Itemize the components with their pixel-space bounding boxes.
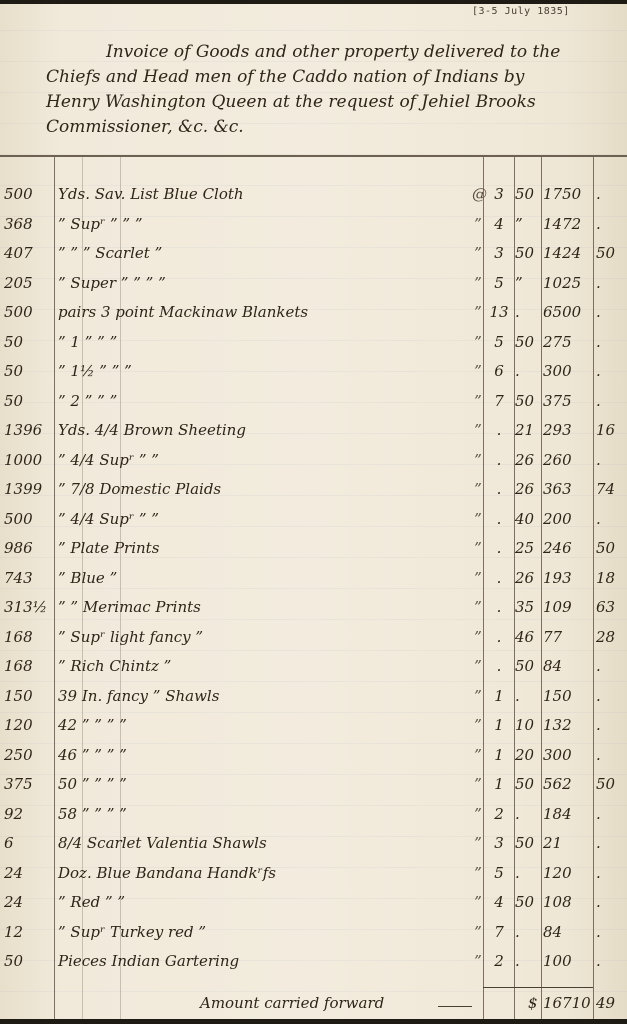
amount-dollars: 1025: [543, 274, 593, 292]
rate-cents: .: [515, 303, 540, 321]
amount-cents: 28: [596, 628, 624, 646]
rate-dollars: 4: [486, 215, 512, 233]
amount-dollars: 300: [543, 746, 593, 764]
amount-cents: 16: [596, 421, 624, 439]
table-row: 1396Yds. 4/4 Brown Sheeting”.2129316: [0, 417, 627, 447]
table-row: 68/4 Scarlet Valentia Shawls”35021.: [0, 830, 627, 860]
scan-bottom-edge: [0, 1019, 627, 1024]
rate-dollars: 5: [486, 274, 512, 292]
item-quantity: 168: [4, 657, 52, 675]
item-description: Pieces Indian Gartering: [58, 952, 239, 970]
amount-dollars: 200: [543, 510, 593, 528]
amount-dollars: 21: [543, 834, 593, 852]
rate-ditto-mark: ”: [472, 687, 484, 705]
scan-top-edge: [0, 0, 627, 4]
amount-dollars: 84: [543, 657, 593, 675]
rate-cents: .: [515, 923, 540, 941]
item-quantity: 743: [4, 569, 52, 587]
table-row: 407” ” ” Scarlet ””350142450: [0, 240, 627, 270]
rate-ditto-mark: ”: [472, 864, 484, 882]
amount-cents: .: [596, 952, 624, 970]
amount-dollars: 100: [543, 952, 593, 970]
line-items: 500Yds. Sav. List Blue Cloth@3501750.368…: [0, 181, 627, 978]
rate-dollars: 3: [486, 834, 512, 852]
amount-cents: 50: [596, 539, 624, 557]
item-quantity: 24: [4, 893, 52, 911]
total-cents: 49: [596, 994, 615, 1012]
rate-ditto-mark: ”: [472, 421, 484, 439]
invoice-page: [3-5 July 1835] Invoice of Goods and oth…: [0, 0, 627, 1024]
rate-ditto-mark: ”: [472, 244, 484, 262]
item-quantity: 1000: [4, 451, 52, 469]
rate-cents: 50: [515, 657, 540, 675]
amount-dollars: 109: [543, 598, 593, 616]
item-quantity: 986: [4, 539, 52, 557]
amount-dollars: 77: [543, 628, 593, 646]
amount-cents: .: [596, 185, 624, 203]
item-description: ” Red ” ”: [58, 893, 125, 911]
amount-dollars: 108: [543, 893, 593, 911]
amount-cents: 63: [596, 598, 624, 616]
rate-ditto-mark: ”: [472, 539, 484, 557]
amount-dollars: 363: [543, 480, 593, 498]
rate-ditto-mark: ”: [472, 746, 484, 764]
heading-line-2: Chiefs and Head men of the Caddo nation …: [46, 65, 606, 90]
total-dollars: 16710: [543, 994, 591, 1012]
item-description: ” 1 ” ” ”: [58, 333, 117, 351]
table-row: 50” 1½ ” ” ””6.300.: [0, 358, 627, 388]
rate-cents: 50: [515, 333, 540, 351]
rate-ditto-mark: ”: [472, 893, 484, 911]
amount-cents: 50: [596, 775, 624, 793]
item-quantity: 500: [4, 510, 52, 528]
rate-ditto-mark: ”: [472, 392, 484, 410]
amount-cents: 74: [596, 480, 624, 498]
rate-cents: ”: [515, 215, 540, 233]
rate-ditto-mark: ”: [472, 657, 484, 675]
table-row: 24” Red ” ””450108.: [0, 889, 627, 919]
amount-cents: .: [596, 893, 624, 911]
rate-dollars: .: [486, 510, 512, 528]
rate-cents: 50: [515, 244, 540, 262]
item-description: ” 4/4 Supʳ ” ”: [58, 451, 159, 469]
table-row: 743” Blue ””.2619318: [0, 565, 627, 595]
item-quantity: 375: [4, 775, 52, 793]
amount-dollars: 562: [543, 775, 593, 793]
rate-dollars: 4: [486, 893, 512, 911]
item-quantity: 12: [4, 923, 52, 941]
rate-ditto-mark: ”: [472, 274, 484, 292]
rate-ditto-mark: ”: [472, 333, 484, 351]
rate-cents: 26: [515, 569, 540, 587]
header-rule: [0, 155, 627, 157]
rate-ditto-mark: ”: [472, 569, 484, 587]
rate-cents: 40: [515, 510, 540, 528]
table-row: 9258 ” ” ” ””2.184.: [0, 801, 627, 831]
table-row: 1399” 7/8 Domestic Plaids”.2636374: [0, 476, 627, 506]
item-description: ” ” ” Scarlet ”: [58, 244, 162, 262]
rate-ditto-mark: ”: [472, 303, 484, 321]
item-quantity: 150: [4, 687, 52, 705]
rate-dollars: .: [486, 569, 512, 587]
rate-cents: 50: [515, 185, 540, 203]
rate-dollars: 3: [486, 185, 512, 203]
item-description: ” ” Merimac Prints: [58, 598, 201, 616]
rate-cents: .: [515, 805, 540, 823]
rate-dollars: 1: [486, 775, 512, 793]
rate-cents: 50: [515, 834, 540, 852]
table-row: 500pairs 3 point Mackinaw Blankets”13.65…: [0, 299, 627, 329]
amount-dollars: 246: [543, 539, 593, 557]
table-row: 313½” ” Merimac Prints”.3510963: [0, 594, 627, 624]
item-description: Yds. 4/4 Brown Sheeting: [58, 421, 246, 439]
rate-cents: 26: [515, 480, 540, 498]
rate-dollars: .: [486, 657, 512, 675]
rate-ditto-mark: ”: [472, 510, 484, 528]
item-quantity: 50: [4, 362, 52, 380]
rate-dollars: .: [486, 451, 512, 469]
table-row: 50” 1 ” ” ””550275.: [0, 329, 627, 359]
rate-cents: 50: [515, 893, 540, 911]
rate-dollars: .: [486, 628, 512, 646]
item-quantity: 50: [4, 392, 52, 410]
item-quantity: 407: [4, 244, 52, 262]
rate-dollars: .: [486, 539, 512, 557]
item-description: 42 ” ” ” ”: [58, 716, 127, 734]
amount-cents: .: [596, 864, 624, 882]
table-row: 12” Supʳ Turkey red ””7.84.: [0, 919, 627, 949]
amount-dollars: 193: [543, 569, 593, 587]
table-row: 12042 ” ” ” ””110132.: [0, 712, 627, 742]
heading-line-4: Commissioner, &c. &c.: [46, 115, 606, 140]
item-quantity: 500: [4, 303, 52, 321]
item-quantity: 1396: [4, 421, 52, 439]
amount-dollars: 1424: [543, 244, 593, 262]
table-row: 168” Supʳ light fancy ””.467728: [0, 624, 627, 654]
rate-dollars: 3: [486, 244, 512, 262]
rate-ditto-mark: ”: [472, 480, 484, 498]
carried-forward-dash: [438, 1006, 472, 1007]
amount-dollars: 150: [543, 687, 593, 705]
amount-dollars: 132: [543, 716, 593, 734]
item-quantity: 92: [4, 805, 52, 823]
amount-cents: .: [596, 834, 624, 852]
item-description: Yds. Sav. List Blue Cloth: [58, 185, 244, 203]
amount-cents: .: [596, 805, 624, 823]
item-description: 58 ” ” ” ”: [58, 805, 127, 823]
item-description: 8/4 Scarlet Valentia Shawls: [58, 834, 267, 852]
rate-cents: 26: [515, 451, 540, 469]
rate-dollars: .: [486, 421, 512, 439]
table-row: 500Yds. Sav. List Blue Cloth@3501750.: [0, 181, 627, 211]
rate-dollars: 1: [486, 687, 512, 705]
amount-cents: .: [596, 333, 624, 351]
item-quantity: 1399: [4, 480, 52, 498]
amount-cents: .: [596, 215, 624, 233]
rate-cents: ”: [515, 274, 540, 292]
rate-dollars: 7: [486, 392, 512, 410]
rate-ditto-mark: ”: [472, 451, 484, 469]
item-description: 39 In. fancy ” Shawls: [58, 687, 219, 705]
amount-dollars: 275: [543, 333, 593, 351]
item-description: pairs 3 point Mackinaw Blankets: [58, 303, 308, 321]
table-row: 168” Rich Chintz ””.5084.: [0, 653, 627, 683]
item-quantity: 50: [4, 952, 52, 970]
rate-cents: 20: [515, 746, 540, 764]
item-description: ” Rich Chintz ”: [58, 657, 171, 675]
item-quantity: 50: [4, 333, 52, 351]
table-row: 986” Plate Prints”.2524650: [0, 535, 627, 565]
item-quantity: 24: [4, 864, 52, 882]
rate-cents: .: [515, 952, 540, 970]
amount-dollars: 6500: [543, 303, 593, 321]
item-description: 50 ” ” ” ”: [58, 775, 127, 793]
table-row: 50” 2 ” ” ””750375.: [0, 388, 627, 418]
rate-dollars: 1: [486, 746, 512, 764]
item-quantity: 368: [4, 215, 52, 233]
amount-cents: .: [596, 746, 624, 764]
item-quantity: 205: [4, 274, 52, 292]
rate-dollars: 1: [486, 716, 512, 734]
table-row: 500” 4/4 Supʳ ” ””.40200.: [0, 506, 627, 536]
table-row: 15039 In. fancy ” Shawls”1.150.: [0, 683, 627, 713]
sum-rule: [483, 987, 593, 988]
rate-dollars: 2: [486, 805, 512, 823]
amount-cents: .: [596, 362, 624, 380]
rate-ditto-mark: ”: [472, 362, 484, 380]
rate-cents: 25: [515, 539, 540, 557]
table-row: 205” Super ” ” ” ””5”1025.: [0, 270, 627, 300]
rate-ditto-mark: ”: [472, 598, 484, 616]
item-description: ” Supʳ light fancy ”: [58, 628, 203, 646]
rate-cents: 10: [515, 716, 540, 734]
table-row: 1000” 4/4 Supʳ ” ””.26260.: [0, 447, 627, 477]
rate-ditto-mark: ”: [472, 952, 484, 970]
currency-symbol: $: [528, 994, 538, 1012]
rate-cents: 35: [515, 598, 540, 616]
rate-dollars: .: [486, 480, 512, 498]
amount-dollars: 300: [543, 362, 593, 380]
item-description: ” 2 ” ” ”: [58, 392, 117, 410]
rate-cents: 46: [515, 628, 540, 646]
table-row: 25046 ” ” ” ””120300.: [0, 742, 627, 772]
item-description: ” Super ” ” ” ”: [58, 274, 166, 292]
item-quantity: 500: [4, 185, 52, 203]
amount-dollars: 260: [543, 451, 593, 469]
amount-dollars: 1472: [543, 215, 593, 233]
item-quantity: 120: [4, 716, 52, 734]
rate-ditto-mark: ”: [472, 834, 484, 852]
invoice-heading: Invoice of Goods and other property deli…: [46, 40, 606, 140]
item-quantity: 6: [4, 834, 52, 852]
rate-ditto-mark: ”: [472, 923, 484, 941]
table-row: 24Doz. Blue Bandana Handkʳfs”5.120.: [0, 860, 627, 890]
rate-cents: .: [515, 864, 540, 882]
item-description: ” Plate Prints: [58, 539, 159, 557]
rate-ditto-mark: ”: [472, 215, 484, 233]
rate-ditto-mark: ”: [472, 628, 484, 646]
rate-dollars: 5: [486, 864, 512, 882]
item-description: Doz. Blue Bandana Handkʳfs: [58, 864, 276, 882]
amount-cents: .: [596, 687, 624, 705]
invoice-footer: Amount carried forward $ 16710 49: [0, 990, 627, 1020]
item-quantity: 313½: [4, 598, 52, 616]
amount-cents: 18: [596, 569, 624, 587]
item-quantity: 168: [4, 628, 52, 646]
rate-ditto-mark: ”: [472, 805, 484, 823]
amount-dollars: 120: [543, 864, 593, 882]
rate-ditto-mark: ”: [472, 716, 484, 734]
amount-dollars: 1750: [543, 185, 593, 203]
heading-line-1: Invoice of Goods and other property deli…: [46, 40, 606, 65]
item-quantity: 250: [4, 746, 52, 764]
rate-ditto-mark: @: [472, 185, 484, 203]
amount-cents: .: [596, 510, 624, 528]
rate-cents: 21: [515, 421, 540, 439]
rate-ditto-mark: ”: [472, 775, 484, 793]
rate-dollars: 6: [486, 362, 512, 380]
rate-dollars: 13: [486, 303, 512, 321]
archive-date-note: [3-5 July 1835]: [472, 6, 570, 17]
item-description: ” Supʳ ” ” ”: [58, 215, 143, 233]
amount-cents: .: [596, 657, 624, 675]
item-description: ” Blue ”: [58, 569, 117, 587]
table-row: 37550 ” ” ” ””15056250: [0, 771, 627, 801]
item-description: ” 4/4 Supʳ ” ”: [58, 510, 159, 528]
carried-forward-label: Amount carried forward: [200, 994, 384, 1012]
amount-cents: .: [596, 923, 624, 941]
amount-cents: .: [596, 303, 624, 321]
heading-line-3: Henry Washington Queen at the request of…: [46, 90, 606, 115]
amount-cents: 50: [596, 244, 624, 262]
amount-cents: .: [596, 392, 624, 410]
rate-cents: 50: [515, 392, 540, 410]
amount-cents: .: [596, 716, 624, 734]
table-row: 50Pieces Indian Gartering”2.100.: [0, 948, 627, 978]
item-description: ” 7/8 Domestic Plaids: [58, 480, 221, 498]
amount-cents: .: [596, 451, 624, 469]
table-row: 368” Supʳ ” ” ””4”1472.: [0, 211, 627, 241]
amount-dollars: 84: [543, 923, 593, 941]
rate-cents: 50: [515, 775, 540, 793]
amount-cents: .: [596, 274, 624, 292]
item-description: ” Supʳ Turkey red ”: [58, 923, 206, 941]
item-description: 46 ” ” ” ”: [58, 746, 127, 764]
rate-dollars: 2: [486, 952, 512, 970]
item-description: ” 1½ ” ” ”: [58, 362, 132, 380]
rate-cents: .: [515, 687, 540, 705]
rate-dollars: .: [486, 598, 512, 616]
amount-dollars: 184: [543, 805, 593, 823]
amount-dollars: 375: [543, 392, 593, 410]
rate-dollars: 5: [486, 333, 512, 351]
amount-dollars: 293: [543, 421, 593, 439]
rate-cents: .: [515, 362, 540, 380]
rate-dollars: 7: [486, 923, 512, 941]
